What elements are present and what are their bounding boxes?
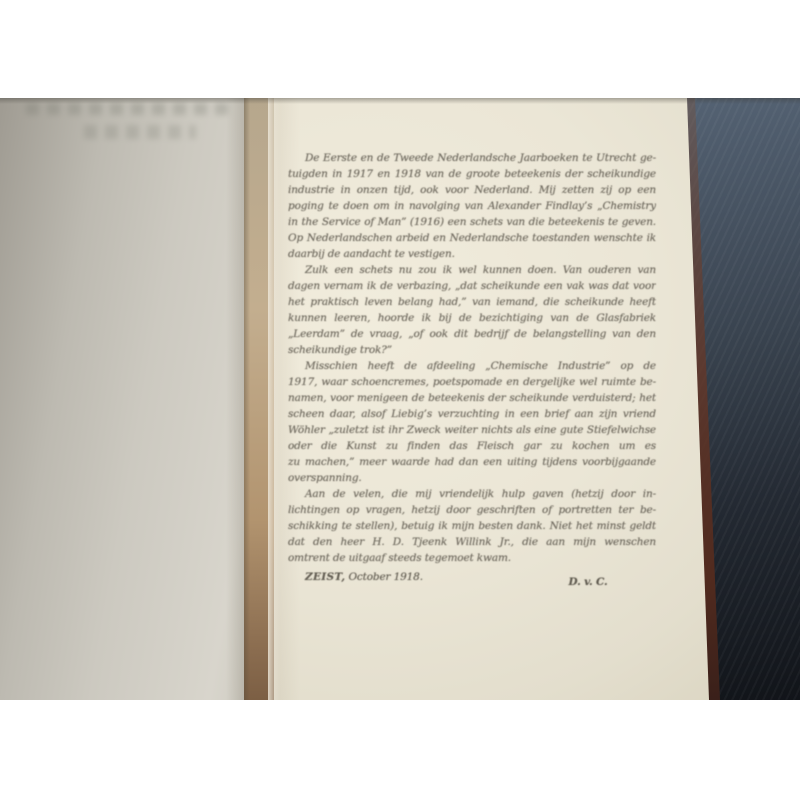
text-line: scheikundige trok?” [288,342,656,358]
text-line: Misschien heeft de afdeeling „Chemische … [288,358,656,374]
text-line: overspanning. [288,470,656,486]
dateline-date: October 1918. [345,571,423,583]
show-through-text [84,125,196,139]
text-line: Zulk een schets nu zou ik wel kunnen doe… [288,262,656,278]
text-line: „Leerdam” de vraag, „of ook dit bedrijf … [288,326,656,342]
text-line: oder die Kunst zu finden das Fleisch gar… [288,438,656,454]
text-line: poging te doen om in navolging van Alexa… [288,198,656,214]
text-line: Op Nederlandschen arbeid en Nederlandsch… [288,230,656,246]
text-line: tuigden in 1917 en 1918 van de groote be… [288,166,656,182]
text-line: scheen daar, alsof Liebig’s verzuchting … [288,406,656,422]
text-line: dat den heer H. D. Tjeenk Willink Jr., d… [288,534,656,550]
text-line: het praktisch leven belang had,” van iem… [288,294,656,310]
text-line: kunnen leeren, hoorde ik bij de bezichti… [288,310,656,326]
show-through-text [26,103,232,115]
book-gutter [244,98,274,700]
text-line: dagen vernam ik de verbazing, „dat schei… [288,278,656,294]
book-photo: De Eerste en de Tweede Nederlandsche Jaa… [0,98,800,700]
dateline-place: ZEIST, [305,571,345,583]
author-initials: D. v. C. [560,576,616,588]
text-line: De Eerste en de Tweede Nederlandsche Jaa… [288,150,656,166]
text-line: 1917, waar schoencremes, poetspomade en … [288,374,656,390]
text-line: namen, voor menigeen de beteekenis der s… [288,390,656,406]
text-line: daarbij de aandacht te vestigen. [288,246,656,262]
left-page [0,98,252,700]
preface-lines: De Eerste en de Tweede Nederlandsche Jaa… [288,150,656,566]
text-line: lichtingen op vragen, hetzij door geschr… [288,502,656,518]
text-line: omtrent de uitgaaf steeds tegemoet kwam. [288,550,656,566]
text-line: zu machen,” meer waarde had dan een uiti… [288,454,656,470]
text-line: schikking te stellen), betuig ik mijn be… [288,518,656,534]
text-line: Wöhler „zuletzt ist ihr Zweck weiter nic… [288,422,656,438]
text-line: industrie in onzen tijd, ook voor Nederl… [288,182,656,198]
text-line: in the Service of Man” (1916) een schets… [288,214,656,230]
text-line: Aan de velen, die mij vriendelijk hulp g… [288,486,656,502]
preface-text: De Eerste en de Tweede Nederlandsche Jaa… [288,150,656,585]
